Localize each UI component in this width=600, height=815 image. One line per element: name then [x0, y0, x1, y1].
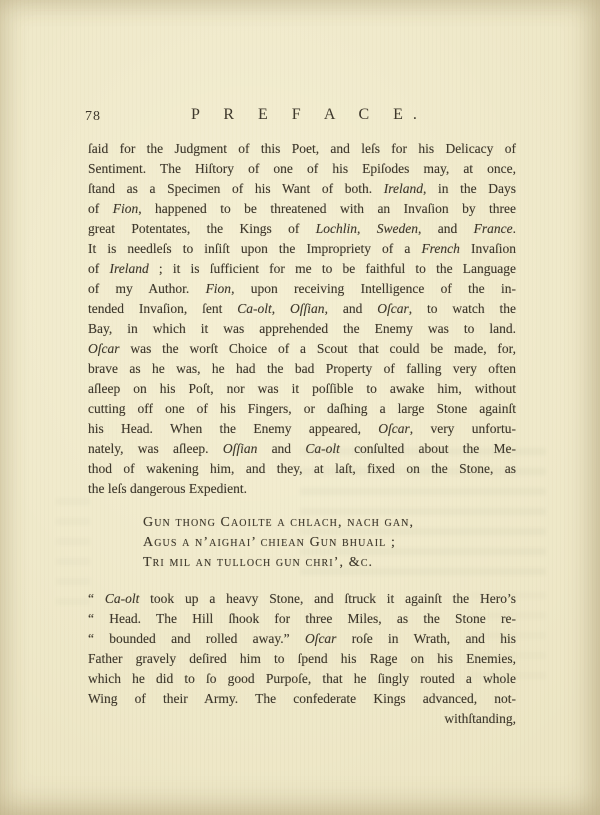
text-line: Wing of their Army. The confederate King…: [88, 689, 516, 709]
text-line: brave as he was, he had the bad Property…: [88, 359, 516, 379]
text-line: It is needleſs to inſiſt upon the Improp…: [88, 239, 516, 259]
text-line: of my Author. Fion, upon receiving Intel…: [88, 279, 516, 299]
text-line: the leſs dangerous Expedient.: [88, 479, 516, 499]
showthrough-artifact: [56, 498, 90, 608]
running-title: P R E F A C E.: [88, 106, 516, 124]
text-line: ſtand as a Specimen of his Want of both.…: [88, 179, 516, 199]
preface-paragraph: ſaid for the Judgment of this Poet, and …: [88, 139, 516, 499]
text-line: of Fion, happened to be threatened with …: [88, 199, 516, 219]
page-header: 78 P R E F A C E.: [88, 106, 516, 130]
text-line: “ bounded and rolled away.” Oſcar roſe i…: [88, 629, 516, 649]
catchword: withſtanding,: [88, 709, 516, 729]
text-line: Tri mil an tulloch gun chri’, &c.: [143, 553, 516, 573]
text-line: tended Invaſion, ſent Ca-olt, Oſſian, an…: [88, 299, 516, 319]
book-page-scan: 78 P R E F A C E. ſaid for the Judgment …: [0, 0, 600, 815]
text-line: aſleep on his Poſt, nor was it poſſible …: [88, 379, 516, 399]
text-line: Father gravely deſired him to ſpend his …: [88, 649, 516, 669]
text-line: “ Ca-olt took up a heavy Stone, and ſtru…: [88, 589, 516, 609]
translation-quote: “ Ca-olt took up a heavy Stone, and ſtru…: [88, 589, 516, 709]
text-line: great Potentates, the Kings of Lochlin, …: [88, 219, 516, 239]
text-line: Agus a n’aighai’ chiean Gun bhuail ;: [143, 533, 516, 553]
text-line: which he did to ſo good Purpoſe, that he…: [88, 669, 516, 689]
text-line: his Head. When the Enemy appeared, Oſcar…: [88, 419, 516, 439]
text-line: Bay, in which it was apprehended the Ene…: [88, 319, 516, 339]
gaelic-verse: Gun thong Caoilte a chlach, nach gan,Agu…: [88, 513, 516, 573]
text-block: ſaid for the Judgment of this Poet, and …: [88, 139, 516, 729]
text-line: “ Head. The Hill ſhook for three Miles, …: [88, 609, 516, 629]
text-line: Oſcar was the worſt Choice of a Scout th…: [88, 339, 516, 359]
text-line: of Ireland ; it is ſufficient for me to …: [88, 259, 516, 279]
text-line: ſaid for the Judgment of this Poet, and …: [88, 139, 516, 159]
text-line: cutting off one of his Fingers, or daſhi…: [88, 399, 516, 419]
text-line: nately, was aſleep. Oſſian and Ca-olt co…: [88, 439, 516, 459]
text-line: thod of wakening him, and they, at laſt,…: [88, 459, 516, 479]
text-line: Gun thong Caoilte a chlach, nach gan,: [143, 513, 516, 533]
text-line: Sentiment. The Hiſtory of one of his Epi…: [88, 159, 516, 179]
page-number: 78: [85, 109, 101, 125]
